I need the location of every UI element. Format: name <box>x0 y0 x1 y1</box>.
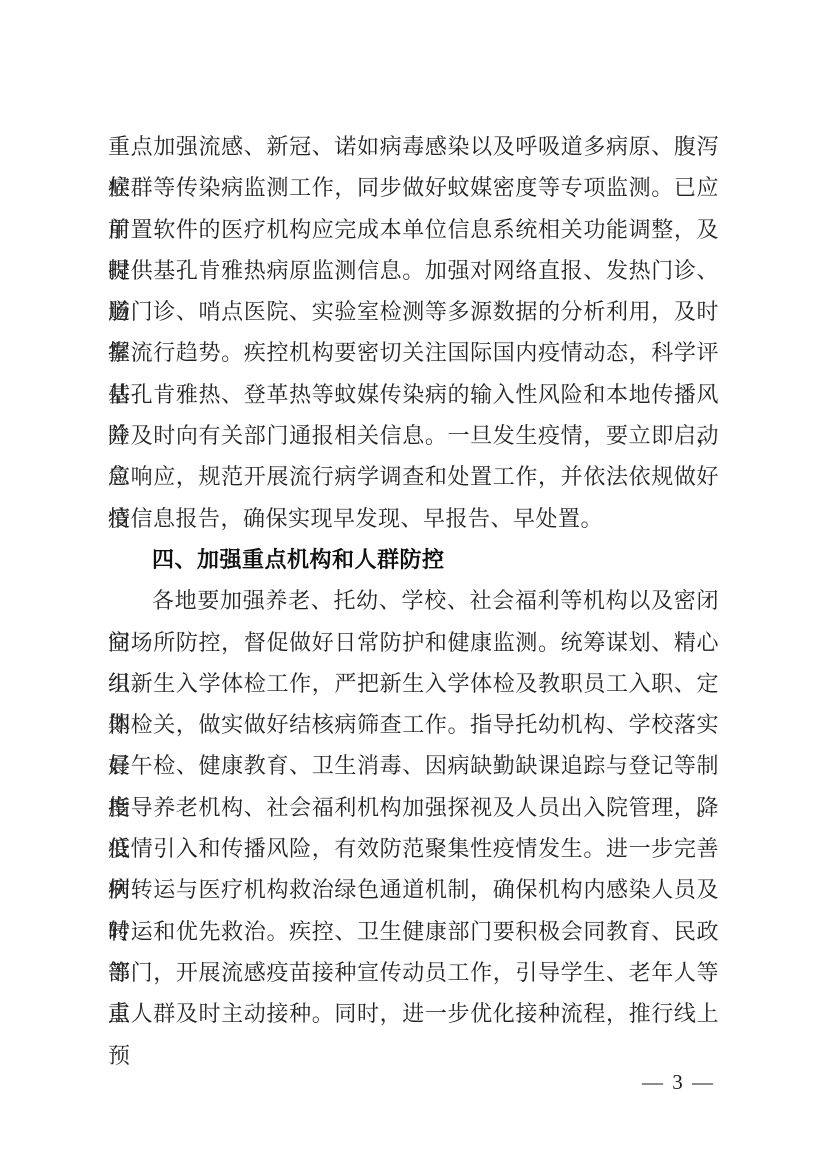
body-line: 例转运与医疗机构救治绿色通道机制，确保机构内感染人员及时 <box>108 869 719 910</box>
body-line: 握流行趋势。疾控机构要密切关注国际国内疫情动态，科学评估 <box>108 332 719 373</box>
body-line: 织新生入学体检工作，严把新生入学体检及教职员工入职、定期 <box>108 663 719 704</box>
paragraph-continuation: 重点加强流感、新冠、诺如病毒感染以及呼吸道多病原、腹泻症 候群等传染病监测工作，… <box>108 126 719 539</box>
body-line: 候群等传染病监测工作，同步做好蚊媒密度等专项监测。已应用 <box>108 167 719 208</box>
body-line: 重点加强流感、新冠、诺如病毒感染以及呼吸道多病原、腹泻症 <box>108 126 719 167</box>
document-page: 重点加强流感、新冠、诺如病毒感染以及呼吸道多病原、腹泻症 候群等传染病监测工作，… <box>0 0 827 1169</box>
body-line: 各地要加强养老、托幼、学校、社会福利等机构以及密闭空 <box>108 580 719 621</box>
body-line: 指导养老机构、社会福利机构加强探视及人员出入院管理，降低 <box>108 787 719 828</box>
body-line: 基孔肯雅热、登革热等蚊媒传染病的输入性风险和本地传播风险， <box>108 374 719 415</box>
section-heading: 四、加强重点机构和人群防控 <box>108 539 719 580</box>
page-number: — 3 — <box>642 1068 715 1096</box>
body-line: 道门诊、哨点医院、实验室检测等多源数据的分析利用，及时掌 <box>108 291 719 332</box>
body-line: 提供基孔肯雅热病原监测信息。加强对网络直报、发热门诊、肠 <box>108 250 719 291</box>
paragraph-body: 各地要加强养老、托幼、学校、社会福利等机构以及密闭空 间场所防控，督促做好日常防… <box>108 580 719 1034</box>
body-line: 前置软件的医疗机构应完成本单位信息系统相关功能调整，及时 <box>108 209 719 250</box>
body-line: 间场所防控，督促做好日常防护和健康监测。统筹谋划、精心组 <box>108 622 719 663</box>
body-line: 点人群及时主动接种。同时，进一步优化接种流程，推行线上预 <box>108 993 719 1034</box>
body-line: 部门，开展流感疫苗接种宣传动员工作，引导学生、老年人等重 <box>108 952 719 993</box>
body-line: 情信息报告，确保实现早发现、早报告、早处置。 <box>108 498 719 539</box>
text-block: 重点加强流感、新冠、诺如病毒感染以及呼吸道多病原、腹泻症 候群等传染病监测工作，… <box>108 126 719 1035</box>
body-line: 体检关，做实做好结核病筛查工作。指导托幼机构、学校落实好 <box>108 704 719 745</box>
body-line: 并及时向有关部门通报相关信息。一旦发生疫情，要立即启动应 <box>108 415 719 456</box>
body-line: 转运和优先救治。疾控、卫生健康部门要积极会同教育、民政等 <box>108 911 719 952</box>
body-line: 晨午检、健康教育、卫生消毒、因病缺勤缺课追踪与登记等制度。 <box>108 745 719 786</box>
body-line: 急响应，规范开展流行病学调查和处置工作，并依法依规做好疫 <box>108 456 719 497</box>
body-line: 疫情引入和传播风险，有效防范聚集性疫情发生。进一步完善病 <box>108 828 719 869</box>
